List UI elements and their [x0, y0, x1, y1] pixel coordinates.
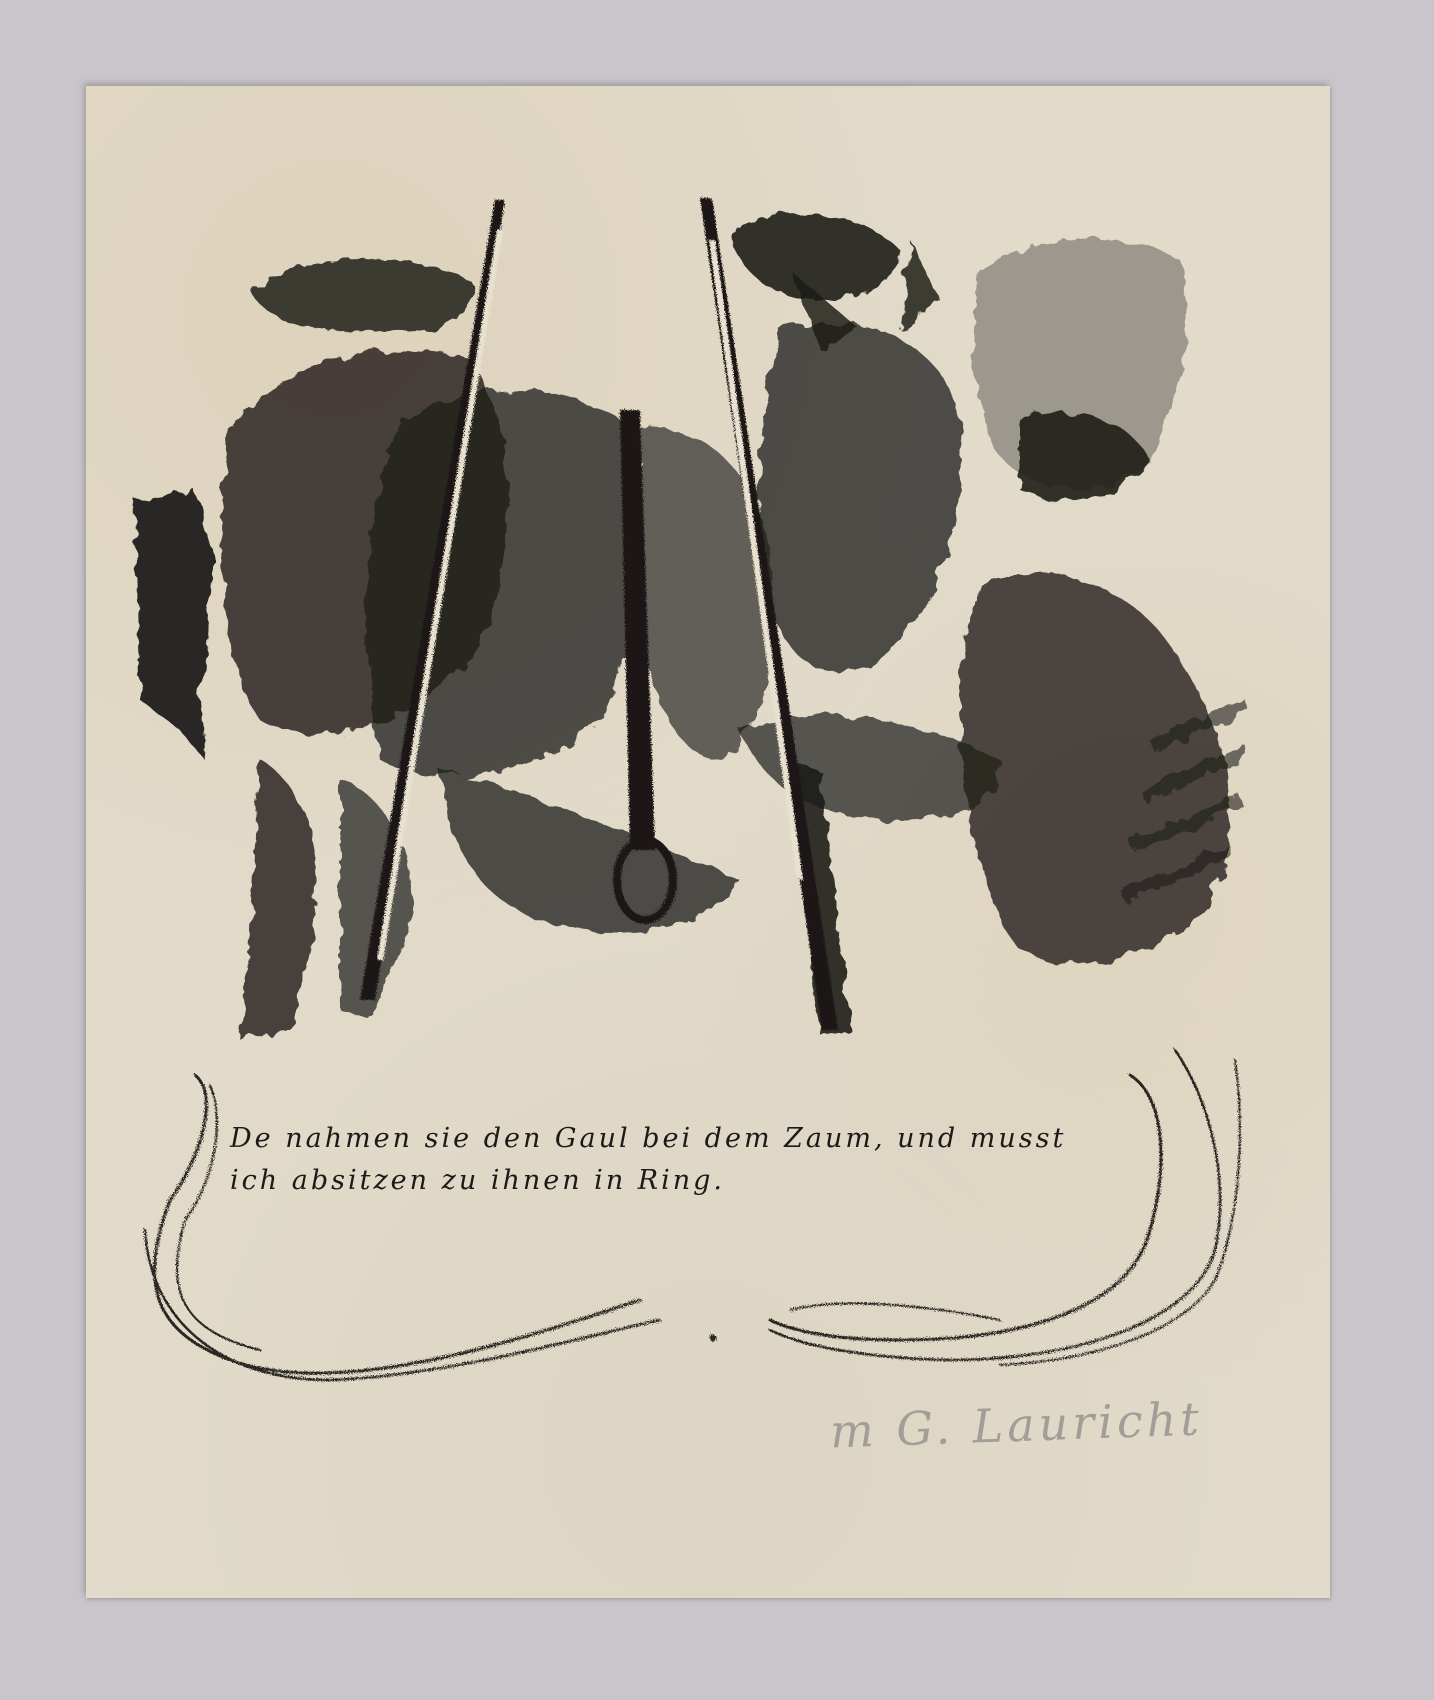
caption-line-1: De nahmen sie den Gaul bei dem Zaum, und…	[230, 1118, 1160, 1160]
handwritten-caption: De nahmen sie den Gaul bei dem Zaum, und…	[230, 1118, 1160, 1202]
lithograph-drawing	[0, 0, 1434, 1700]
cartouche-frame	[145, 1050, 1240, 1380]
caption-line-2: ich absitzen zu ihnen in Ring.	[230, 1160, 1160, 1202]
